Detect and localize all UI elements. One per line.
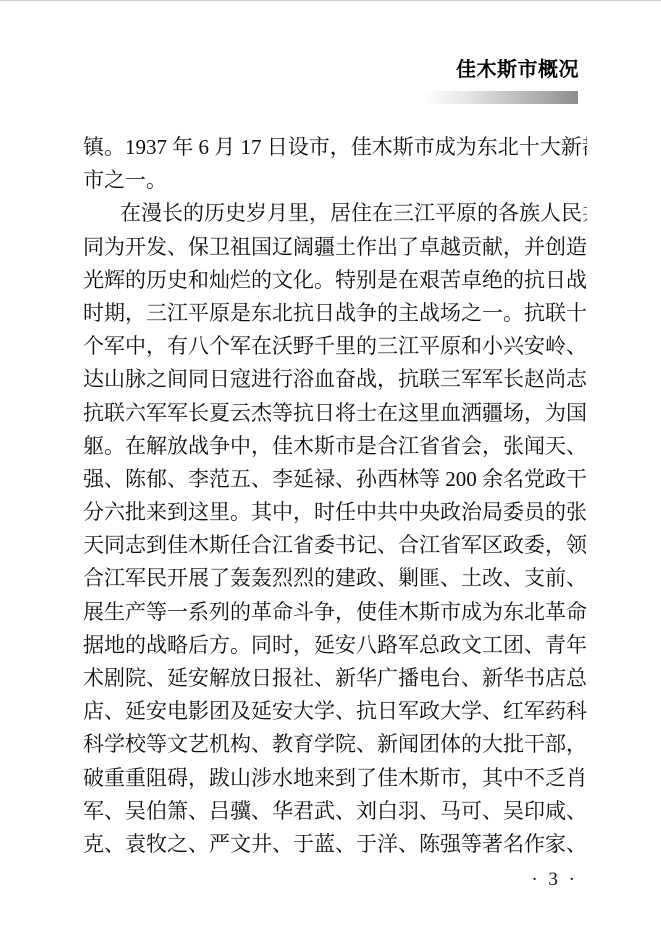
text-line: 市之一。: [83, 164, 587, 197]
page-top-edge: [0, 0, 661, 1]
book-page: 佳木斯市概况 镇。1937 年 6 月 17 日设市，佳木斯市成为东北十大新都 …: [0, 0, 661, 945]
text-line: 天同志到佳木斯任合江省委书记、合江省军区政委，领导: [83, 529, 587, 562]
text-line: 展生产等一系列的革命斗争，使佳木斯市成为东北革命根: [83, 596, 587, 629]
text-line: 破重重阻碍，跋山涉水地来到了佳木斯市，其中不乏肖: [83, 762, 587, 795]
text-line: 克、袁牧之、严文井、于蓝、于洋、陈强等著名作家、学: [83, 828, 587, 861]
text-line: 镇。1937 年 6 月 17 日设市，佳木斯市成为东北十大新都: [83, 131, 587, 164]
text-line: 躯。在解放战争中，佳木斯市是合江省省会，张闻天、方: [83, 430, 587, 463]
text-line: 抗联六军军长夏云杰等抗日将士在这里血洒疆场，为国捐: [83, 397, 587, 430]
text-line: 术剧院、延安解放日报社、新华广播电台、新华书店总: [83, 662, 587, 695]
text-line: 个军中，有八个军在沃野千里的三江平原和小兴安岭、完: [83, 330, 587, 363]
text-line: 军、吴伯箫、吕骥、华君武、刘白羽、马可、吴印咸、塞: [83, 795, 587, 828]
body-text-block: 镇。1937 年 6 月 17 日设市，佳木斯市成为东北十大新都 市之一。 在漫…: [83, 131, 587, 861]
text-line: 合江军民开展了轰轰烈烈的建政、剿匪、土改、支前、发: [83, 562, 587, 595]
text-line: 科学校等文艺机构、教育学院、新闻团体的大批干部，冲: [83, 728, 587, 761]
text-line: 光辉的历史和灿烂的文化。特别是在艰苦卓绝的抗日战争: [83, 264, 587, 297]
running-head-title: 佳木斯市概况: [456, 58, 579, 82]
text-line: 分六批来到这里。其中，时任中共中央政治局委员的张闻: [83, 496, 587, 529]
text-line: 达山脉之间同日寇进行浴血奋战，抗联三军军长赵尚志、: [83, 363, 587, 396]
text-line: 同为开发、保卫祖国辽阔疆土作出了卓越贡献，并创造了: [83, 231, 587, 264]
text-line: 据地的战略后方。同时，延安八路军总政文工团、青年艺: [83, 629, 587, 662]
running-head-gradient-bar: [424, 91, 578, 104]
text-line: 强、陈郁、李范五、李延禄、孙西林等 200 余名党政干部: [83, 463, 587, 496]
page-number: · 3 ·: [531, 869, 578, 891]
text-line: 店、延安电影团及延安大学、抗日军政大学、红军药科专: [83, 695, 587, 728]
text-line: 在漫长的历史岁月里，居住在三江平原的各族人民共: [83, 197, 587, 230]
text-line: 时期，三江平原是东北抗日战争的主战场之一。抗联十一: [83, 297, 587, 330]
